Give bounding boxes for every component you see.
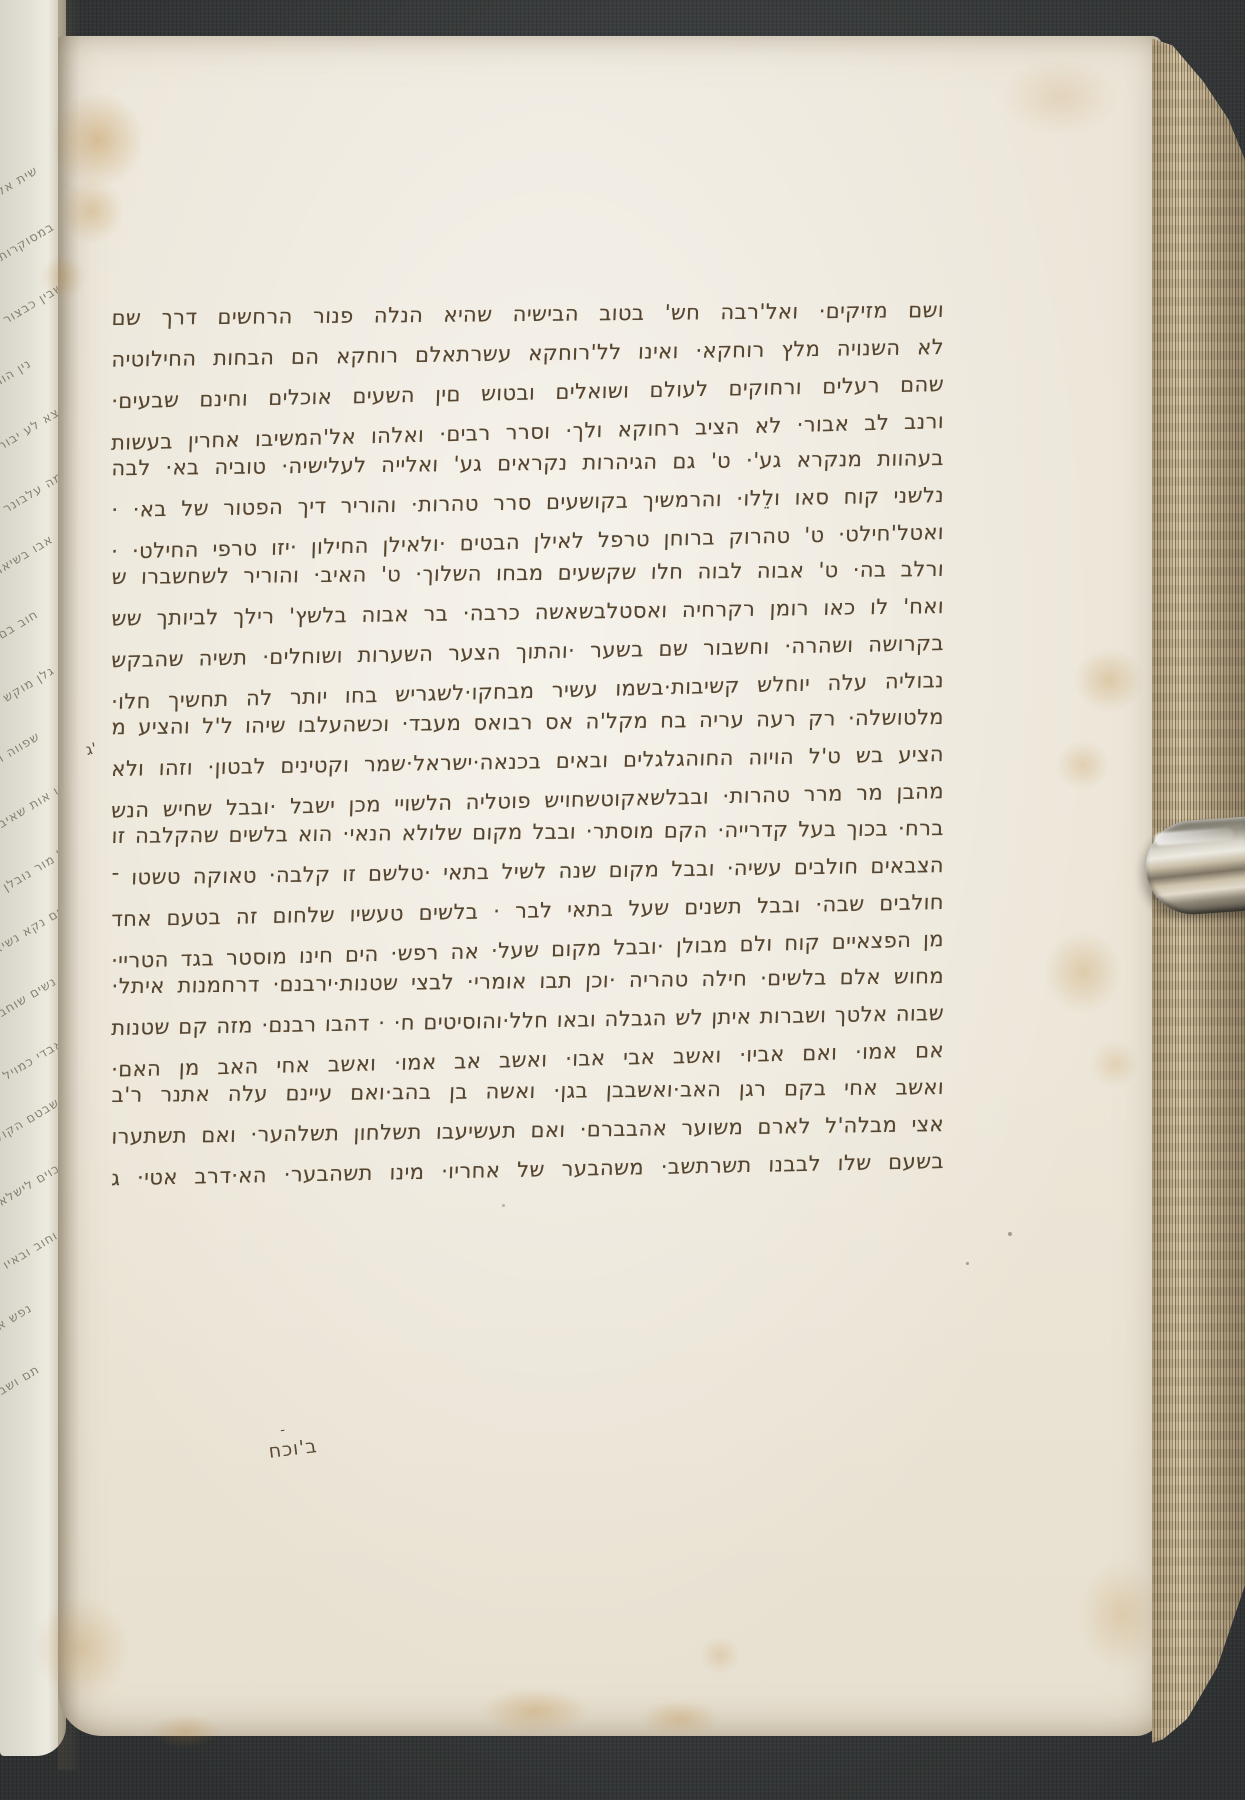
catchword-group: ־ ב'וכח [266,1425,318,1463]
facing-page-text-fragment: אבדי כמויל [0,1035,66,1083]
gutter-shadow [58,0,80,1770]
manuscript-text-block: ושם מזיקים· ואל'רבה חש' בטוב הבישיה שהיא… [112,292,944,1180]
facing-page-text-fragment: בת וחוב ובאיו [0,1216,66,1272]
acrylic-weight-highlight [1154,827,1235,846]
facing-page-text-fragment: אל מור נובלן [0,840,66,894]
facing-page-text-fragment: או אות שאיב [0,778,66,831]
facing-page-text-fragment: אבו בשיאת [0,531,56,579]
facing-page-text-fragment: במסוקרות [0,219,57,264]
ink-speck [1008,1232,1012,1236]
facing-page-edge: שית אלובמסוקרותשבין כבצורנין הותמוצא לע … [0,0,66,1756]
facing-page-text-fragment: גלן מוקש [0,663,57,705]
facing-page-text-fragment: בי נשים שוחב [0,964,66,1019]
ink-speck [966,1262,969,1265]
facing-page-text-fragment: שית אלו [0,162,40,200]
facing-page-text-fragment: חוב בם [0,606,41,642]
facing-page-text-fragment: נפש אי [0,1300,34,1335]
photo-stage: שית אלובמסוקרותשבין כבצורנין הותמוצא לע … [0,0,1245,1800]
facing-page-text-fragment: נין הות [0,355,34,389]
facing-page-text-fragment: קום נקא נשיא [0,899,66,957]
ink-speck [502,1204,505,1207]
facing-page-text-fragment: תם ושב [0,1361,42,1398]
facing-page-text-fragment: שפווה ונ [0,728,42,768]
facing-page-text-fragment: שבין כבצור [0,279,66,327]
facing-page-text-fragment: מוצא לע יבור [0,397,66,453]
facing-page-text-fragment: שמה עלבונר [0,463,66,516]
facing-page-text-fragment: בוים לישלא [0,1160,63,1209]
facing-page-text-fragment: וק שבטם הקוק [0,1085,66,1146]
